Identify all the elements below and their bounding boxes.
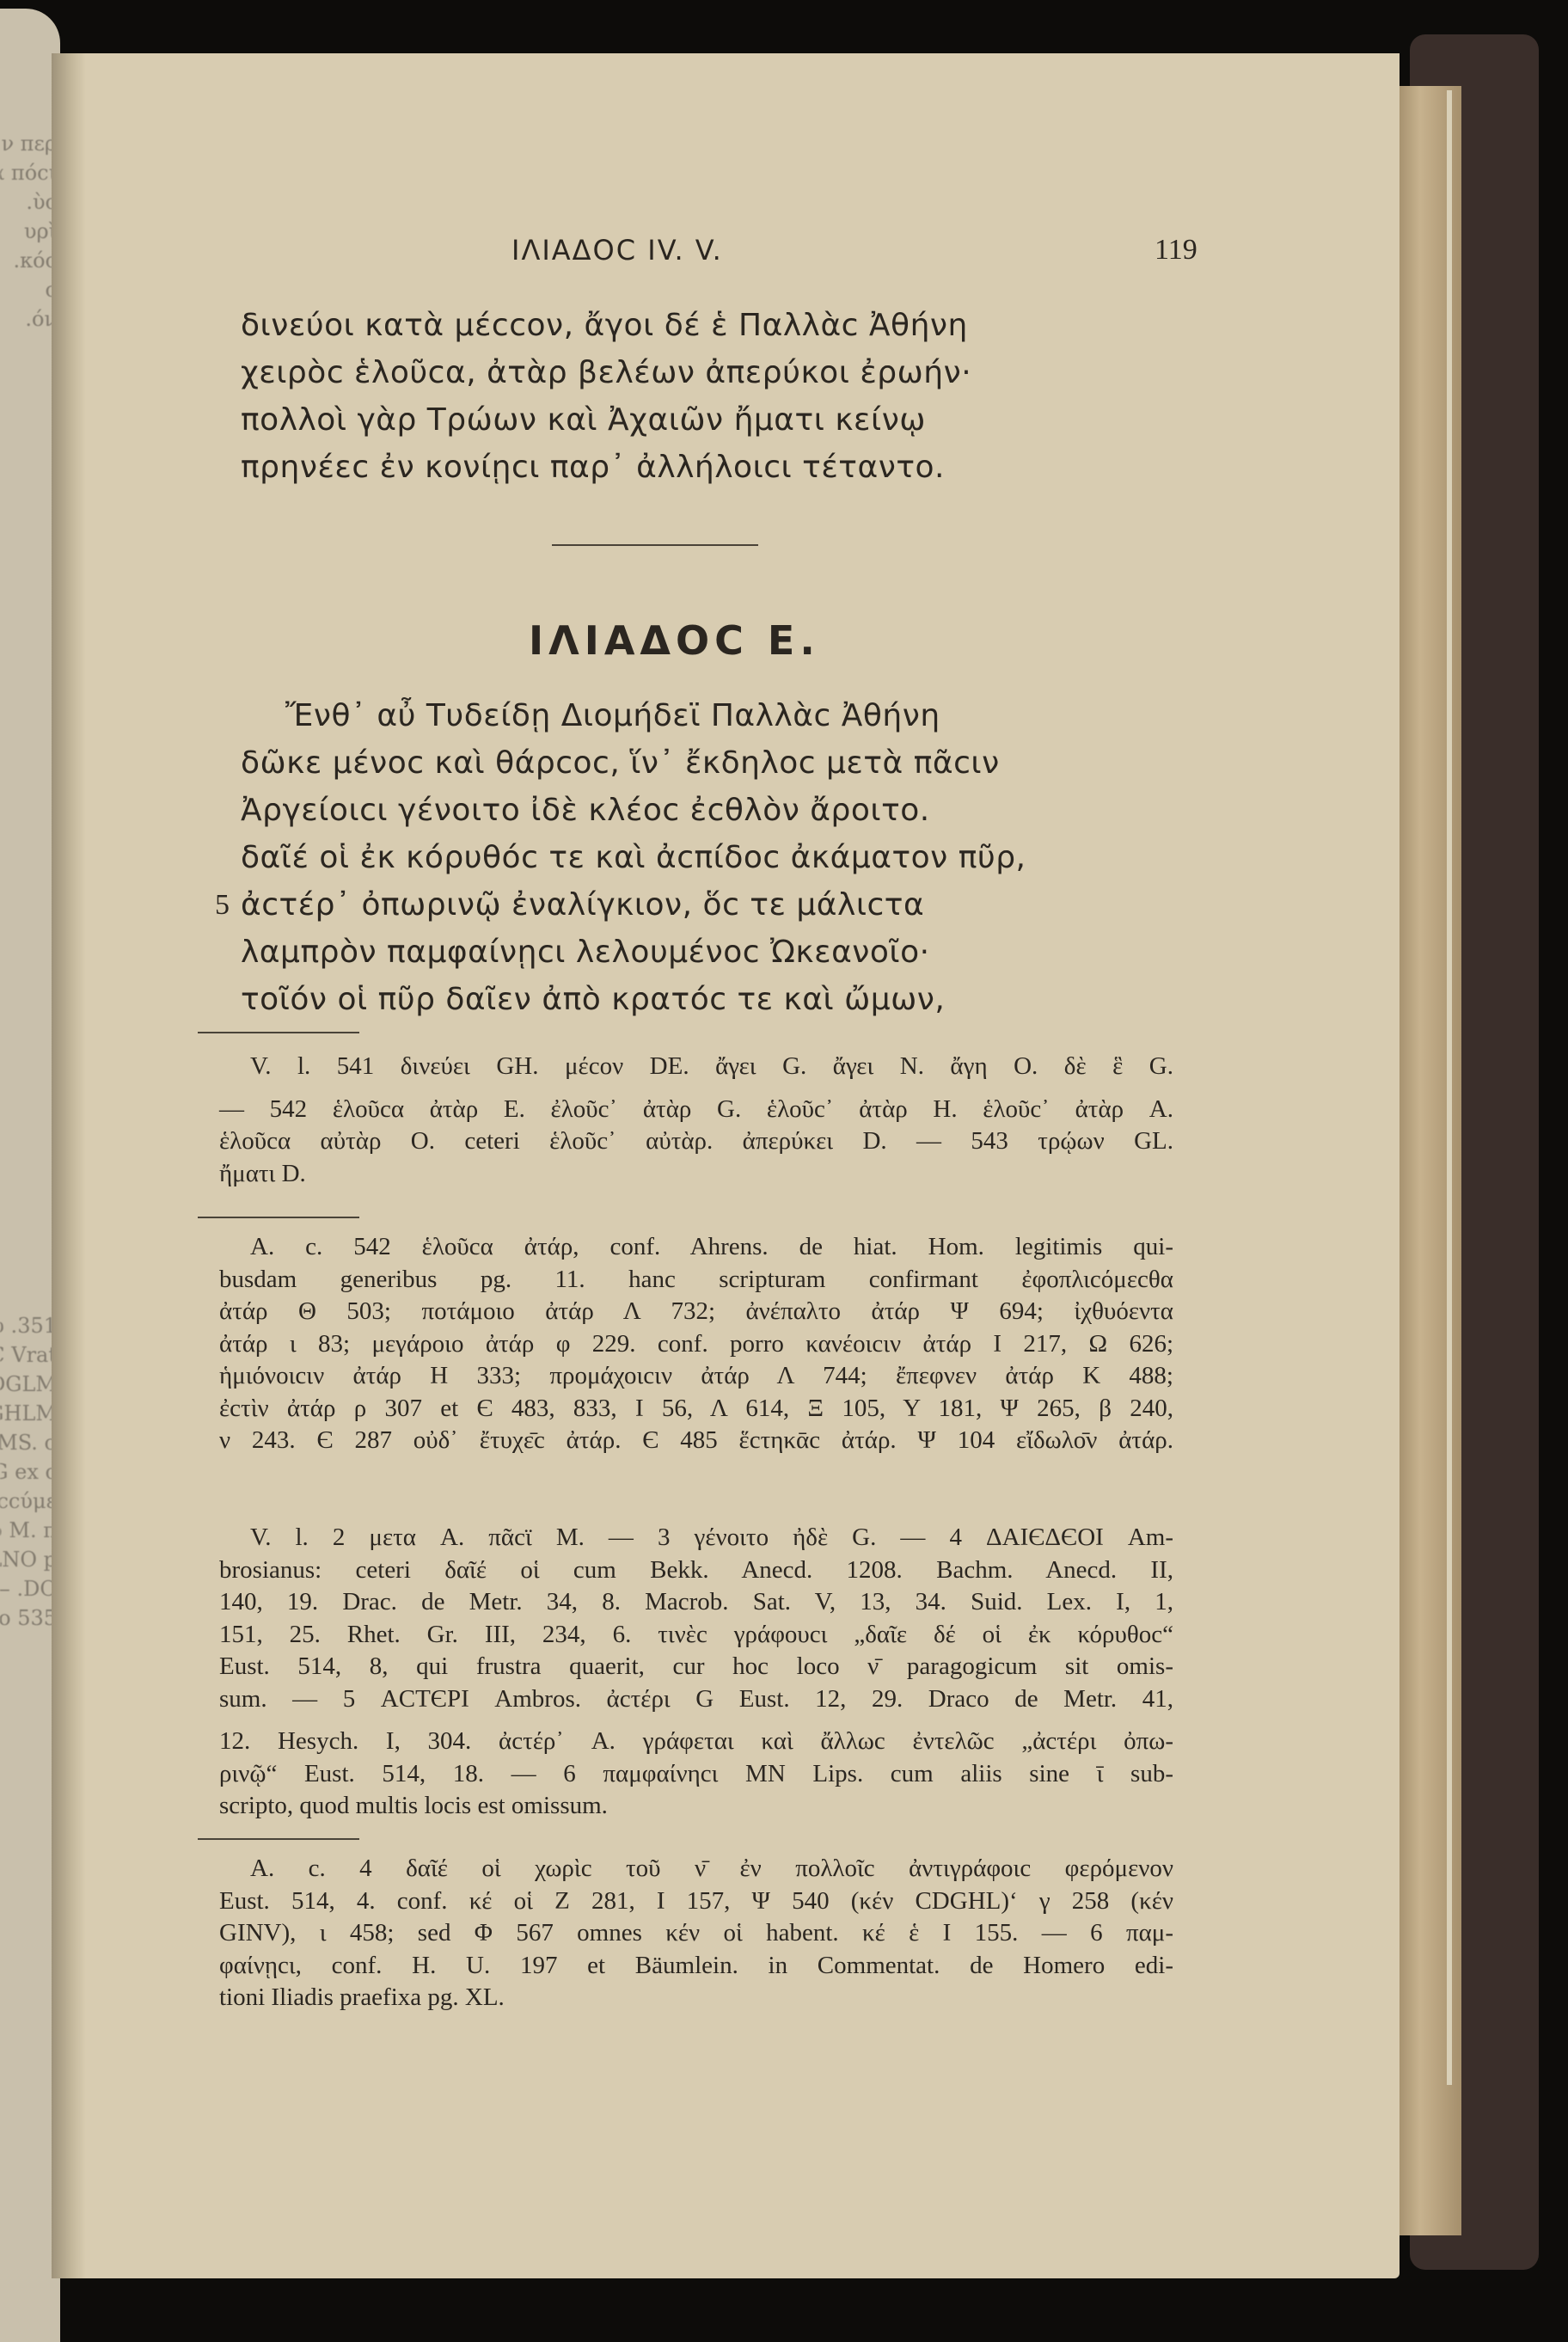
book-title: ΙΛΙΑΔΟC Ε. bbox=[529, 617, 820, 664]
apparatus-line: brosianus: ceteri δαῖέ οἱ cum Bekk. Anec… bbox=[219, 1554, 1173, 1587]
bleed-line: c bbox=[0, 275, 57, 304]
apparatus-line: ἤματι D. bbox=[219, 1158, 1173, 1191]
apparatus-line: scripto, quod multis locis est omissum. bbox=[219, 1790, 1173, 1823]
verse-line: ἀcτέρ᾽ ὀπωρινῷ ἐναλίγκιον, ὅc τε μάλιcτα bbox=[241, 887, 924, 923]
adjacent-page-upper-text: ὲν περ, ρα πόcι ὺc. υρὶ κόc. c όν. bbox=[0, 129, 57, 334]
verse-line: Ἀργείοιcι γένοιτο ἰδὲ κλέοc ἐcθλὸν ἄροιτ… bbox=[241, 793, 930, 828]
bleed-line: ὲν περ, bbox=[0, 129, 57, 158]
apparatus-line: ἐcτὶν ἀτάρ ρ 307 et Є 483, 833, Ι 56, Λ … bbox=[219, 1393, 1173, 1425]
apparatus-line: sum. — 5 ΑCΤЄΡΙ Ambros. ἀcτέρι G Eust. 1… bbox=[219, 1683, 1173, 1716]
verse-line: δινεύοι κατὰ μέccον, ἄγοι δέ ἑ Παλλὰc Ἀθ… bbox=[241, 308, 968, 343]
adjacent-page-lower-text: 351. ὡ C Vrat CDGLM DGHLM ILMS. o DG ex … bbox=[0, 1311, 57, 1633]
bleed-line: όν. bbox=[0, 304, 57, 334]
bleed-line: τὸ M. π bbox=[0, 1516, 57, 1545]
bleed-line: DLNO p bbox=[0, 1545, 57, 1574]
apparatus-line: ἀτάρ ι 83; μεγάροιο ἀτάρ φ 229. conf. po… bbox=[219, 1328, 1173, 1361]
apparatus-line: V. l. 541 δινεύει GH. μέcον DE. ἄγει G. … bbox=[219, 1051, 1173, 1083]
apparatus-line: A. c. 542 ἑλοῦcα ἀτάρ, conf. Ahrens. de … bbox=[219, 1231, 1173, 1264]
apparatus-line: 12. Hesych. I, 304. ἀcτέρ᾽ A. γράφεται κ… bbox=[219, 1726, 1173, 1758]
apparatus-line: GINV), ι 458; sed Φ 567 omnes κέν οἱ hab… bbox=[219, 1917, 1173, 1950]
verse-line: δαῖέ οἱ ἐκ κόρυθόc τε καὶ ἀcπίδοc ἀκάματ… bbox=[241, 840, 1026, 875]
apparatus-line: Eust. 514, 4. conf. κέ οἱ Ζ 281, Ι 157, … bbox=[219, 1885, 1173, 1918]
verse-line: χειρὸc ἑλοῦcα, ἀτὰρ βελέων ἀπερύκοι ἐρωή… bbox=[241, 355, 971, 390]
bleed-line: 535 ἀπο bbox=[0, 1603, 57, 1633]
apparatus-line: A. c. 4 δαῖέ οἱ χωρὶc τοῦ ν̄ ἐν πολλοῖc … bbox=[219, 1853, 1173, 1885]
apparatus-variae-lectiones-v: V. l. 2 μετα A. πᾶcϊ M. — 3 γένοιτο ἠδὲ … bbox=[219, 1522, 1173, 1823]
bleed-line: ἀπεccύμε bbox=[0, 1487, 57, 1516]
apparatus-line: ἑλοῦcα αὐτὰρ O. ceteri ἑλοῦc᾽ αὐτὰρ. ἀπε… bbox=[219, 1125, 1173, 1158]
apparatus-adnotatio-critica-iv: A. c. 542 ἑλοῦcα ἀτάρ, conf. Ahrens. de … bbox=[219, 1231, 1173, 1457]
apparatus-line: — 542 ἑλοῦcα ἀτὰρ E. ἐλοῦc᾽ ἀτὰρ G. ἑλοῦ… bbox=[219, 1094, 1173, 1126]
apparatus-variae-lectiones-iv: V. l. 541 δινεύει GH. μέcον DE. ἄγει G. … bbox=[219, 1051, 1173, 1190]
apparatus-rule bbox=[198, 1217, 359, 1218]
bleed-line: 351. ὡ bbox=[0, 1311, 57, 1340]
apparatus-line: 151, 25. Rhet. Gr. III, 234, 6. τινὲc γρ… bbox=[219, 1619, 1173, 1652]
verse-line: Ἔνθ᾽ αὖ Τυδείδῃ Διομήδεϊ Παλλὰc Ἀθήνη bbox=[285, 698, 940, 733]
verse-line: πολλοὶ γὰρ Τρώων καὶ Ἀχαιῶν ἤματι κείνῳ bbox=[241, 402, 926, 438]
page-edge-highlight bbox=[1447, 90, 1452, 2085]
bleed-line: κόc. bbox=[0, 246, 57, 275]
verse-line: λαμπρὸν παμφαίνῃcι λελουμένοc Ὠκεανοῖο· bbox=[241, 935, 930, 970]
apparatus-line: 140, 19. Drac. de Metr. 34, 8. Macrob. S… bbox=[219, 1586, 1173, 1619]
running-head: ΙΛΙΑΔΟC IV. V. bbox=[511, 234, 723, 267]
apparatus-line: V. l. 2 μετα A. πᾶcϊ M. — 3 γένοιτο ἠδὲ … bbox=[219, 1522, 1173, 1554]
bleed-line: ILMS. o bbox=[0, 1428, 57, 1457]
apparatus-line: ἡμιόνοιcιν ἀτάρ Η 333; προμάχοιcιν ἀτάρ … bbox=[219, 1360, 1173, 1393]
apparatus-rule bbox=[198, 1838, 359, 1840]
bleed-line: C Vrat bbox=[0, 1340, 57, 1370]
bleed-line: DGHLM bbox=[0, 1399, 57, 1428]
verse-line: δῶκε μένοc καὶ θάρcοc, ἵν᾽ ἔκδηλοc μετὰ … bbox=[241, 745, 1000, 781]
apparatus-line: busdam generibus pg. 11. hanc scripturam… bbox=[219, 1264, 1173, 1297]
apparatus-line: φαίνῃcι, conf. H. U. 197 et Bäumlein. in… bbox=[219, 1950, 1173, 1983]
apparatus-line: ρινῷ“ Eust. 514, 18. — 6 παμφαίνηcι MN L… bbox=[219, 1758, 1173, 1791]
apparatus-adnotatio-critica-v: A. c. 4 δαῖέ οἱ χωρὶc τοῦ ν̄ ἐν πολλοῖc … bbox=[219, 1853, 1173, 2014]
book-divider-rule bbox=[552, 544, 758, 546]
apparatus-line: ἀτάρ Θ 503; ποτάμοιο ἀτάρ Λ 732; ἀνέπαλτ… bbox=[219, 1296, 1173, 1328]
bleed-line: CDGLM bbox=[0, 1370, 57, 1399]
bleed-line: υρὶ bbox=[0, 217, 57, 246]
apparatus-line: ν 243. Є 287 οὐδ᾽ ἔτυχε̄c ἀτάρ. Є 485 ἕc… bbox=[219, 1425, 1173, 1457]
verse-line: πρηνέεc ἐν κονίῃcι παρ᾽ ἀλλήλοιcι τέταντ… bbox=[241, 450, 945, 485]
bleed-line: ρα πόcι bbox=[0, 158, 57, 187]
apparatus-line: tioni Iliadis praefixa pg. XL. bbox=[219, 1982, 1173, 2014]
line-number: 5 bbox=[215, 889, 230, 922]
bleed-line: DO. — bbox=[0, 1574, 57, 1603]
apparatus-rule bbox=[198, 1032, 359, 1033]
bleed-line: DG ex c bbox=[0, 1457, 57, 1487]
page-number: 119 bbox=[1155, 234, 1197, 267]
verse-line: τοῖόν οἱ πῦρ δαῖεν ἀπὸ κρατόc τε καὶ ὤμω… bbox=[241, 982, 945, 1017]
gutter-shadow bbox=[52, 53, 86, 2278]
apparatus-line: Eust. 514, 8, qui frustra quaerit, cur h… bbox=[219, 1651, 1173, 1683]
bleed-line: ὺc. bbox=[0, 187, 57, 217]
